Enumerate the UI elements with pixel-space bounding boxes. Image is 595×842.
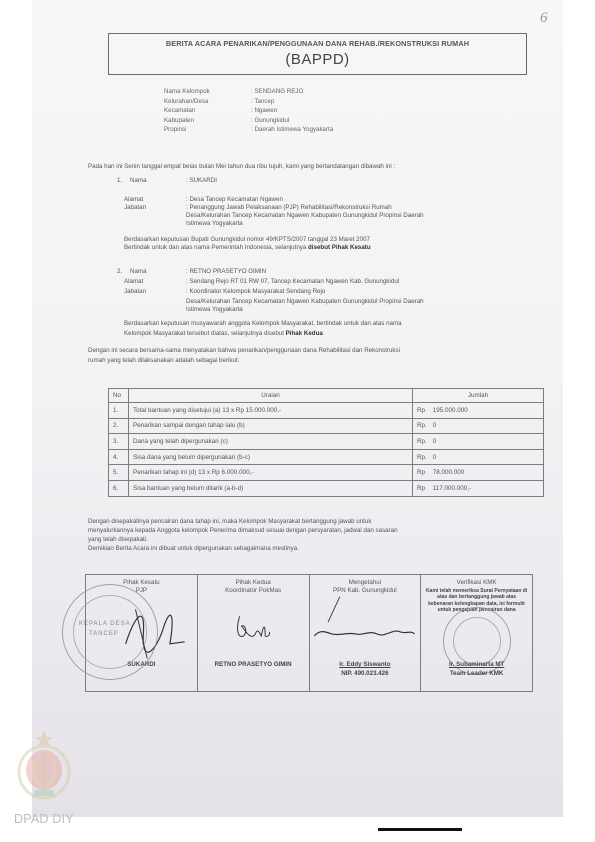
party1-position-label: Jabatan xyxy=(124,204,146,211)
identity-label: Kabupaten xyxy=(164,117,251,127)
row-desc: Penarikan tahap ini (d) 13 x Rp 6.000.00… xyxy=(129,465,413,481)
document-title: BERITA ACARA PENARIKAN/PENGGUNAAN DANA R… xyxy=(109,39,526,48)
signature-party2: Pihak Kedua Koordinator PokMas RETNO PRA… xyxy=(198,575,310,691)
table-row: 6.Sisa bantuan yang belum ditarik (a-b-d… xyxy=(109,480,544,496)
intro-paragraph: Pada hari ini Senin tanggal empat belas … xyxy=(88,163,395,170)
party1-address: : Desa Tancep Kecamatan Ngawen xyxy=(186,196,283,203)
identity-row: Kabupaten: Gunungkidul xyxy=(164,117,333,127)
sig-title: Team Leader KMK xyxy=(421,670,532,677)
party1-name-label: Nama xyxy=(130,177,147,184)
row-amount: Rp 195.000.000 xyxy=(413,403,544,419)
party2-basis-bold: Pihak Kedua xyxy=(286,330,323,337)
identity-value: : Daerah Istimewa Yogyakarta xyxy=(251,126,333,136)
row-amount: Rp 78.000.000 xyxy=(413,465,544,481)
document-title-box: BERITA ACARA PENARIKAN/PENGGUNAAN DANA R… xyxy=(108,33,527,75)
row-amount-value: 195.000.000 xyxy=(433,407,468,414)
sig-name: Ir. Eddy Siswanto xyxy=(310,661,421,668)
party2-name: : RETNO PRASETYO GIMIN xyxy=(186,268,266,275)
identity-label: Propinsi xyxy=(164,126,251,136)
signature-mengetahui: Mengetahui PPN Kab. Gunungkidul Ir. Eddy… xyxy=(310,575,422,691)
identity-row: Propinsi: Daerah Istimewa Yogyakarta xyxy=(164,126,333,136)
row-desc: Sisa bantuan yang belum ditarik (a-b-d) xyxy=(129,480,413,496)
party2-number: 2. xyxy=(117,268,122,275)
party2-basis-2: Kelompok Masyarakat tersebut diatas, sel… xyxy=(124,330,323,337)
sig-subrole: Koordinator PokMas xyxy=(198,587,309,595)
page-indicator-bar xyxy=(378,828,462,831)
row-currency: Rp xyxy=(417,485,431,492)
row-amount: Rp 117.000.000,- xyxy=(413,480,544,496)
row-no: 3. xyxy=(109,434,129,450)
stamp-text-line1: KEPALA DESA xyxy=(79,621,131,627)
dpad-logo-icon xyxy=(16,728,72,804)
table-row: 2.Penarikan sampai dengan tahap lalu (b)… xyxy=(109,418,544,434)
sig-nip: NIP. 490.023.426 xyxy=(310,670,421,677)
party1-name: : SUKARDI xyxy=(186,177,217,184)
row-currency: Rp xyxy=(417,407,431,414)
identity-row: Kecamatan: Ngawen xyxy=(164,107,333,117)
sig-role: Verifikasi KMK xyxy=(421,579,532,587)
row-desc: Dana yang telah dipergunakan (c) xyxy=(129,434,413,450)
party1-acting-text: Bertindak untuk dan atas nama Pemerintah… xyxy=(124,244,308,251)
party2-position-line: Desa/Kelurahan Tancep Kecamatan Ngawen K… xyxy=(186,298,424,305)
identity-label: Kecamatan xyxy=(164,107,251,117)
row-currency: Rp. xyxy=(417,454,431,461)
row-desc: Sisa dana yang belum dipergunakan (b-c) xyxy=(129,449,413,465)
group-identity: Nama Kelompok: SENDANG REJO Kelurahan/De… xyxy=(164,88,333,136)
party1-number: 1. xyxy=(117,177,122,184)
header-amount: Jumlah xyxy=(413,389,544,403)
row-amount-value: 78.000.000 xyxy=(433,469,465,476)
party1-acting: Bertindak untuk dan atas nama Pemerintah… xyxy=(124,244,371,251)
page-number: 6 xyxy=(540,10,548,27)
party2-name-label: Nama xyxy=(130,268,147,275)
identity-label: Kelurahan/Desa xyxy=(164,98,251,108)
sig-role: Pihak Kedua xyxy=(198,579,309,587)
row-currency: Rp xyxy=(417,469,431,476)
party2-basis: Berdasarkan keputusan musyawarah anggota… xyxy=(124,320,402,327)
watermark-text: DPAD DIY xyxy=(14,812,74,826)
row-no: 4. xyxy=(109,449,129,465)
header-desc: Uraian xyxy=(129,389,413,403)
document-subtitle: (BAPPD) xyxy=(109,51,526,68)
header-no: No xyxy=(109,389,129,403)
closing-line: Demikian Berita Acara ini dibuat untuk d… xyxy=(88,545,299,552)
identity-value: : Ngawen xyxy=(251,107,277,117)
row-no: 5. xyxy=(109,465,129,481)
closing-line: yang telah disepakati. xyxy=(88,536,148,543)
row-no: 2. xyxy=(109,418,129,434)
row-amount: Rp. 0 xyxy=(413,434,544,450)
row-amount-value: 0 xyxy=(433,454,437,461)
row-no: 1. xyxy=(109,403,129,419)
identity-value: : Gunungkidul xyxy=(251,117,289,127)
party1-position-line: Istimewa Yogyakarta xyxy=(186,220,243,227)
table-row: 1.Total bantuan yang disetujui (a) 13 x … xyxy=(109,403,544,419)
row-desc: Total bantuan yang disetujui (a) 13 x Rp… xyxy=(129,403,413,419)
party2-address-label: Alamat xyxy=(124,278,143,285)
identity-label: Nama Kelompok xyxy=(164,88,251,98)
party1-acting-bold: disebut Pihak Kesatu xyxy=(308,244,371,251)
stamp-text-line2: TANCEP xyxy=(89,631,119,637)
row-amount: Rp. 0 xyxy=(413,418,544,434)
closing-line: Dengan disepakatinya pencairan dana taha… xyxy=(88,518,371,525)
identity-row: Nama Kelompok: SENDANG REJO xyxy=(164,88,333,98)
statement-line: rumah yang telah dilaksanakan adalah seb… xyxy=(88,357,239,364)
party2-position-line: Istimewa Yogyakarta xyxy=(186,306,243,313)
village-stamp-icon: KEPALA DESA TANCEP xyxy=(62,584,158,680)
identity-value: : Tancep xyxy=(251,98,274,108)
party1-address-label: Alamat xyxy=(124,196,143,203)
party2-position-line: : Koordinator Kelompok Masyarakat Sendan… xyxy=(186,288,325,295)
sig-subrole: PPN Kab. Gunungkidul xyxy=(310,587,421,595)
row-no: 6. xyxy=(109,480,129,496)
row-currency: Rp. xyxy=(417,422,431,429)
party1-position-line: Desa/Kelurahan Tancep Kecamatan Ngawen K… xyxy=(186,212,424,219)
row-desc: Penarikan sampai dengan tahap lalu (b) xyxy=(129,418,413,434)
table-header-row: No Uraian Jumlah xyxy=(109,389,544,403)
party2-position-label: Jabatan xyxy=(124,288,146,295)
party2-basis-text: Kelompok Masyarakat tersebut diatas, sel… xyxy=(124,330,286,337)
sig-name: RETNO PRASETYO GIMIN xyxy=(198,661,309,668)
stamp-ring xyxy=(453,617,501,665)
sig-role: Mengetahui xyxy=(310,579,421,587)
row-amount-value: 117.000.000,- xyxy=(433,485,471,492)
row-amount-value: 0 xyxy=(433,438,437,445)
table-row: 5.Penarikan tahap ini (d) 13 x Rp 6.000.… xyxy=(109,465,544,481)
closing-line: menyalurkannya kepada Anggota kelompok P… xyxy=(88,527,398,534)
party2-address: : Sendang Rejo RT 01 RW 07, Tancep Kecam… xyxy=(186,278,399,285)
row-amount: Rp. 0 xyxy=(413,449,544,465)
statement-line: Dengan ini secara bersama-sama menyataka… xyxy=(88,347,400,354)
table-row: 3.Dana yang telah dipergunakan (c)Rp. 0 xyxy=(109,434,544,450)
row-currency: Rp. xyxy=(417,438,431,445)
sig-name: Ir. Subaminarta MT xyxy=(421,661,532,668)
disbursement-table: No Uraian Jumlah 1.Total bantuan yang di… xyxy=(108,388,544,497)
party1-position-line: : Penanggung Jawab Pelaksanaan (PJP) Reh… xyxy=(186,204,392,211)
signature-verifikasi: Verifikasi KMK Kami telah memeriksa Sura… xyxy=(421,575,532,691)
table-row: 4.Sisa dana yang belum dipergunakan (b-c… xyxy=(109,449,544,465)
party1-basis: Berdasarkan keputusan Bupati Gunungkidul… xyxy=(124,236,370,243)
identity-row: Kelurahan/Desa: Tancep xyxy=(164,98,333,108)
identity-value: : SENDANG REJO xyxy=(251,88,303,98)
row-amount-value: 0 xyxy=(433,422,437,429)
